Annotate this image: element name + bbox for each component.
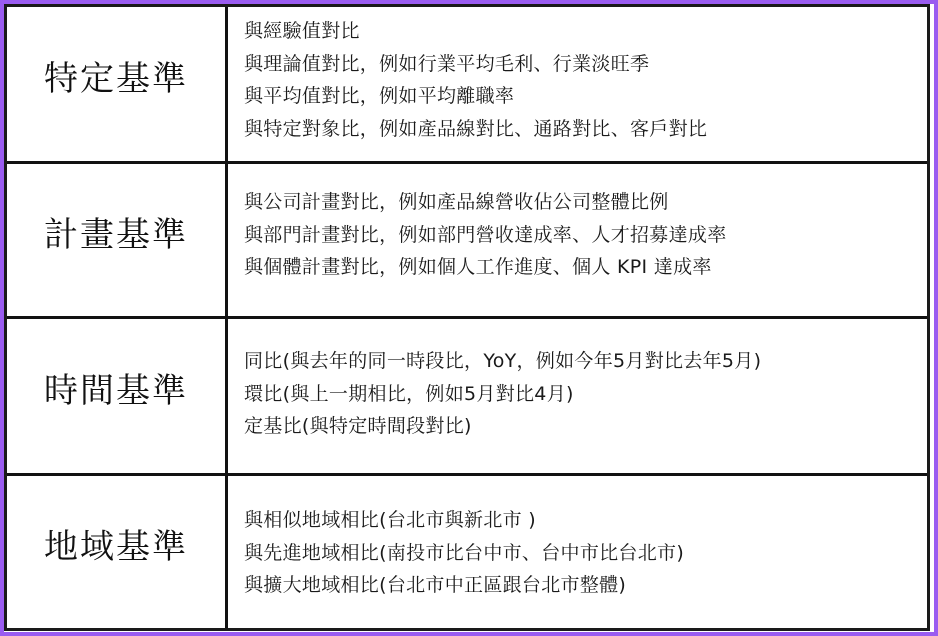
row-label-cell-region: 地域基準 <box>7 476 228 628</box>
list-item: 與平均值對比，例如平均離職率 <box>244 80 927 113</box>
row-label-cell-plan: 計畫基準 <box>7 164 228 319</box>
row-content-cell-specific: 與經驗值對比 與理論值對比，例如行業平均毛利、行業淡旺季 與平均值對比，例如平均… <box>228 7 927 164</box>
list-item: 與個體計畫對比，例如個人工作進度、個人 KPI 達成率 <box>244 251 927 284</box>
row-label-cell-specific: 特定基準 <box>7 7 228 164</box>
row-content-cell-plan: 與公司計畫對比，例如產品線營收佔公司整體比例 與部門計畫對比，例如部門營收達成率… <box>228 164 927 319</box>
row-label: 計畫基準 <box>44 218 188 252</box>
list-item: 環比(與上一期相比，例如5月對比4月) <box>244 378 927 411</box>
list-item: 與經驗值對比 <box>244 15 927 48</box>
row-content-cell-time: 同比(與去年的同一時段比，YoY，例如今年5月對比去年5月) 環比(與上一期相比… <box>228 319 927 476</box>
row-label: 地域基準 <box>44 530 188 564</box>
row-label: 特定基準 <box>44 62 188 96</box>
row-label: 時間基準 <box>44 374 188 408</box>
list-item: 與公司計畫對比，例如產品線營收佔公司整體比例 <box>244 186 927 219</box>
row-content-cell-region: 與相似地域相比(台北市與新北市 ) 與先進地域相比(南投市比台中市、台中市比台北… <box>228 476 927 628</box>
list-item: 同比(與去年的同一時段比，YoY，例如今年5月對比去年5月) <box>244 345 927 378</box>
benchmark-table: 特定基準 與經驗值對比 與理論值對比，例如行業平均毛利、行業淡旺季 與平均值對比… <box>4 4 930 631</box>
list-item: 與特定對象比，例如產品線對比、通路對比、客戶對比 <box>244 113 927 146</box>
list-item: 與先進地域相比(南投市比台中市、台中市比台北市) <box>244 537 927 570</box>
list-item: 定基比(與特定時間段對比) <box>244 410 927 443</box>
row-label-cell-time: 時間基準 <box>7 319 228 476</box>
list-item: 與擴大地域相比(台北市中正區跟台北市整體) <box>244 569 927 602</box>
list-item: 與相似地域相比(台北市與新北市 ) <box>244 504 927 537</box>
list-item: 與理論值對比，例如行業平均毛利、行業淡旺季 <box>244 48 927 81</box>
list-item: 與部門計畫對比，例如部門營收達成率、人才招募達成率 <box>244 219 927 252</box>
